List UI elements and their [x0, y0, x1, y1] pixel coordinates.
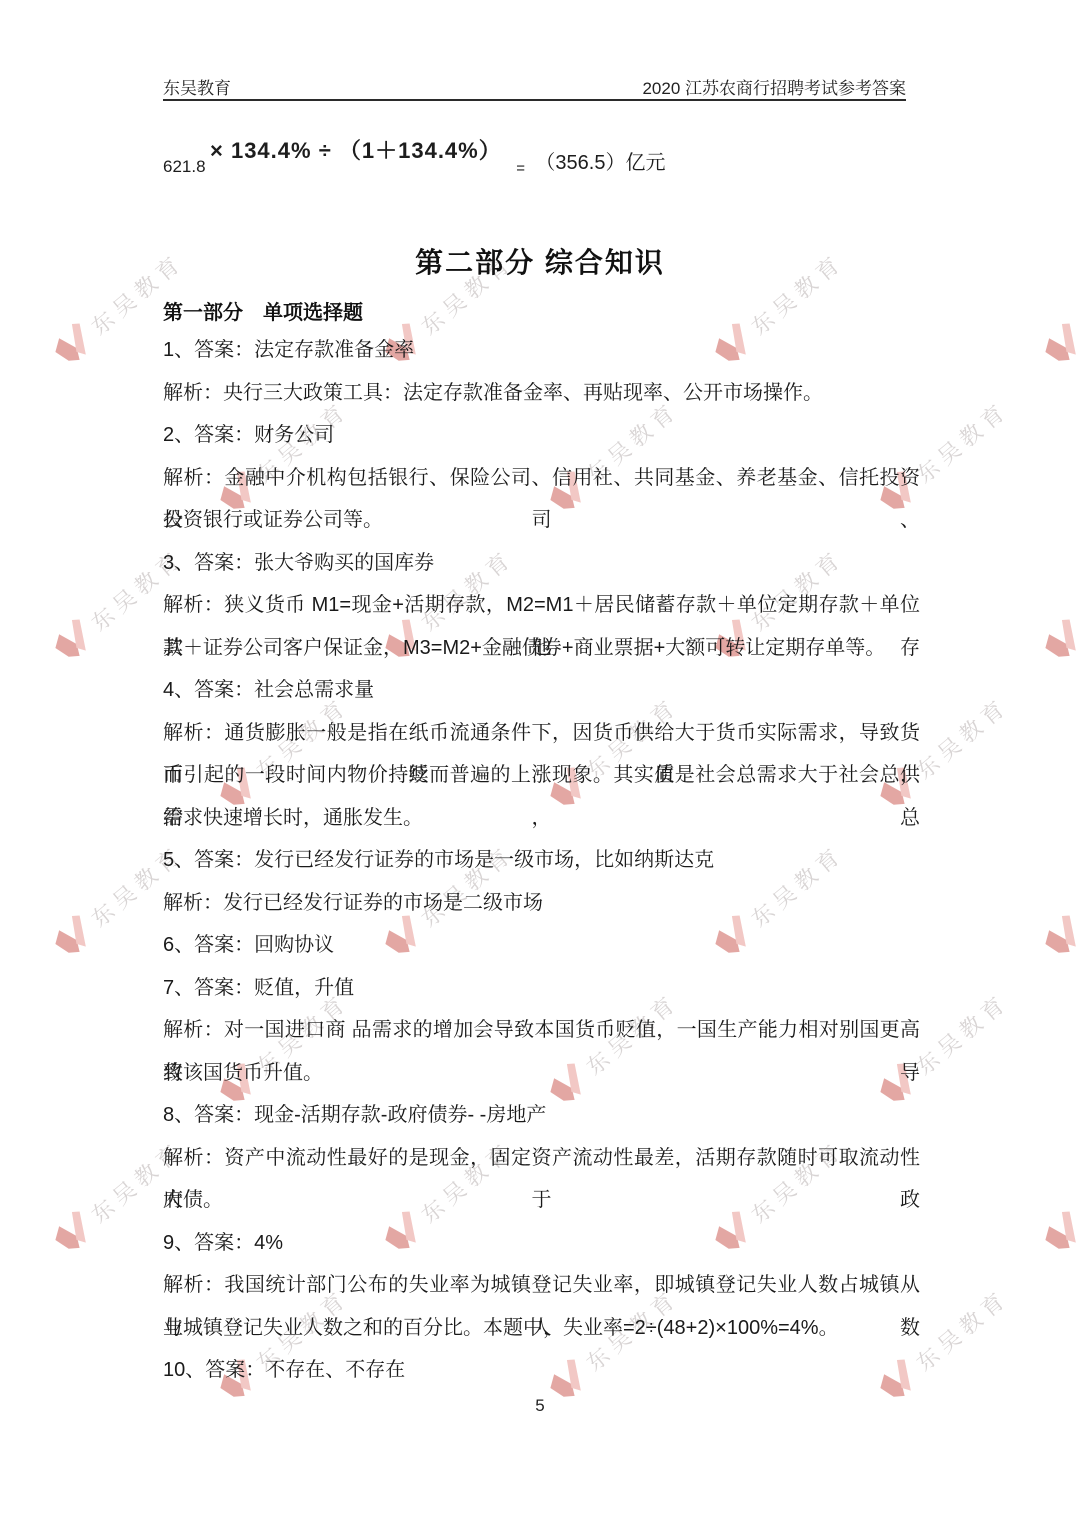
section-title: 第二部分 综合知识 [0, 241, 1080, 281]
subsection-heading: 第一部分 单项选择题 [163, 296, 363, 325]
body-line: 解析：央行三大政策工具：法定存款准备金率、再贴现率、公开市场操作。 [163, 372, 920, 415]
body-line: 10、答案：不存在、不存在 [163, 1349, 920, 1392]
formula-result: （356.5）亿元 [535, 146, 665, 175]
body-line: 解析：发行已经发行证券的市场是二级市场 [163, 882, 920, 925]
body-line: 3、答案：张大爷购买的国库券 [163, 542, 920, 585]
page-number: 5 [0, 1396, 1080, 1416]
page-header: 东吴教育 2020 江苏农商行招聘考试参考答案 [163, 74, 906, 99]
body-line: 解析：通货膨胀一般是指在纸币流通条件下，因货币供给大于货币实际需求，导致货币贬值… [163, 712, 920, 755]
body-line: 4、答案：社会总需求量 [163, 669, 920, 712]
page-content: 东吴教育 2020 江苏农商行招聘考试参考答案 621.8 × 134.4% ÷… [0, 0, 1080, 1528]
header-doc-title: 2020 江苏农商行招聘考试参考答案 [642, 74, 906, 99]
body-line: 7、答案：贬值，升值 [163, 967, 920, 1010]
body-line: 解析：狭义货币 M1=现金+活期存款，M2=M1＋居民储蓄存款＋单位定期存款＋单… [163, 584, 920, 627]
body-line: 2、答案：财务公司 [163, 414, 920, 457]
body-line: 9、答案：4% [163, 1222, 920, 1265]
body-line: 与城镇登记失业人数之和的百分比。本题中，失业率=2÷(48+2)×100%=4%… [163, 1307, 920, 1350]
calculation-formula: 621.8 × 134.4% ÷ （1＋134.4%） = （356.5）亿元 [163, 138, 665, 169]
body-line: 6、答案：回购协议 [163, 924, 920, 967]
formula-equals-sign: = [516, 160, 525, 177]
header-brand: 东吴教育 [163, 74, 231, 99]
body-line: 而引起的一段时间内物价持续而普遍的上涨现象。其实质是社会总需求大于社会总供给，总 [163, 754, 920, 797]
header-rule [163, 99, 906, 101]
formula-expression: × 134.4% ÷ （1＋134.4%） [210, 134, 502, 165]
body-line: 款＋证券公司客户保证金，M3=M2+金融债券+商业票据+大额可转让定期存单等。 [163, 627, 920, 670]
body-line: 解析：对一国进口商 品需求的增加会导致本国货币贬值，一国生产能力相对别国更高将导 [163, 1009, 920, 1052]
body-line: 解析：我国统计部门公布的失业率为城镇登记失业率，即城镇登记失业人数占城镇从业人数 [163, 1264, 920, 1307]
answer-body: 1、答案：法定存款准备金率解析：央行三大政策工具：法定存款准备金率、再贴现率、公… [163, 329, 920, 1392]
document-page: 东吴教育东吴教育东吴教育东吴教育东吴教育东吴教育东吴教育东吴教育东吴教育东吴教育… [0, 0, 1080, 1528]
body-line: 解析：金融中介机构包括银行、保险公司、信用社、共同基金、养老基金、信托投资公司、 [163, 457, 920, 500]
body-line: 解析：资产中流动性最好的是现金，固定资产流动性最差，活期存款随时可取流动性大于政 [163, 1137, 920, 1180]
body-line: 5、答案：发行已经发行证券的市场是一级市场，比如纳斯达克 [163, 839, 920, 882]
formula-base-value: 621.8 [163, 157, 206, 177]
body-line: 1、答案：法定存款准备金率 [163, 329, 920, 372]
body-line: 8、答案：现金-活期存款-政府债券- -房地产 [163, 1094, 920, 1137]
